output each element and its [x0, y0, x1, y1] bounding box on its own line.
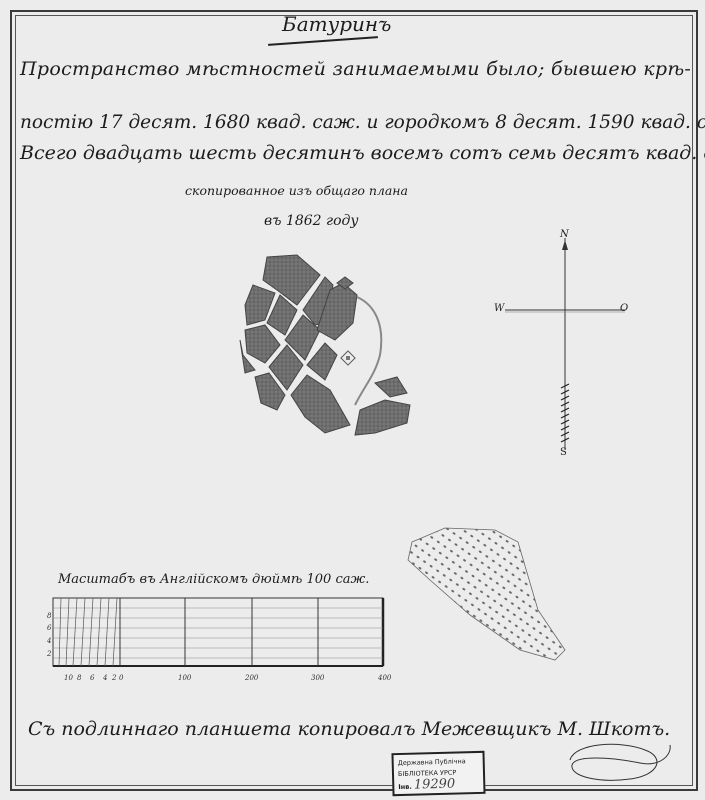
compass-north-label: N: [560, 229, 569, 240]
description-line-2: постію 17 десят. 1680 квад. саж. и город…: [20, 112, 705, 133]
scale-bar: [45, 595, 390, 675]
scale-title: Масштабъ въ Англійскомъ дюймѣ 100 саж.: [58, 572, 369, 587]
compass-south-label: S: [560, 447, 567, 458]
year-line: въ 1862 году: [264, 213, 359, 229]
scale-side-label: 4: [47, 637, 51, 645]
scale-label-200: 200: [245, 674, 258, 682]
stamp-inv-prefix: Інв.: [398, 783, 412, 791]
scale-minor-label: 2: [112, 674, 116, 682]
description-line-1: Пространство мѣстностей занимаемыми было…: [20, 58, 691, 80]
scale-side-label: 8: [47, 612, 51, 620]
map-title: Батуринъ: [282, 12, 391, 36]
stamp-inventory-number: 19290: [414, 777, 456, 793]
scale-minor-label: 0: [119, 674, 123, 682]
compass-west-label: W: [494, 303, 504, 314]
scale-minor-label: 6: [90, 674, 94, 682]
scale-minor-label: 10: [64, 674, 73, 682]
scale-side-label: 6: [47, 624, 51, 632]
library-stamp: Державна Публічна БІБЛІОТЕКА УРСР Інв. 1…: [391, 751, 485, 796]
compass-east-label: O: [620, 303, 628, 314]
description-line-3: Всего двадцать шесть десятинъ восемъ сот…: [20, 142, 705, 164]
signature-flourish: [560, 735, 680, 785]
scale-minor-label: 8: [77, 674, 81, 682]
subtitle: скопированное изъ общаго плана: [185, 183, 408, 198]
town-plan: [225, 245, 415, 445]
map-sheet: Батуринъ Пространство мѣстностей занимае…: [0, 0, 705, 800]
scale-label-400: 400: [378, 674, 391, 682]
dotted-land-plot: [400, 520, 570, 665]
scale-minor-label: 4: [103, 674, 107, 682]
compass-rose: [495, 228, 635, 458]
scale-side-label: 2: [47, 650, 51, 658]
scale-label-100: 100: [178, 674, 191, 682]
scale-label-300: 300: [311, 674, 324, 682]
